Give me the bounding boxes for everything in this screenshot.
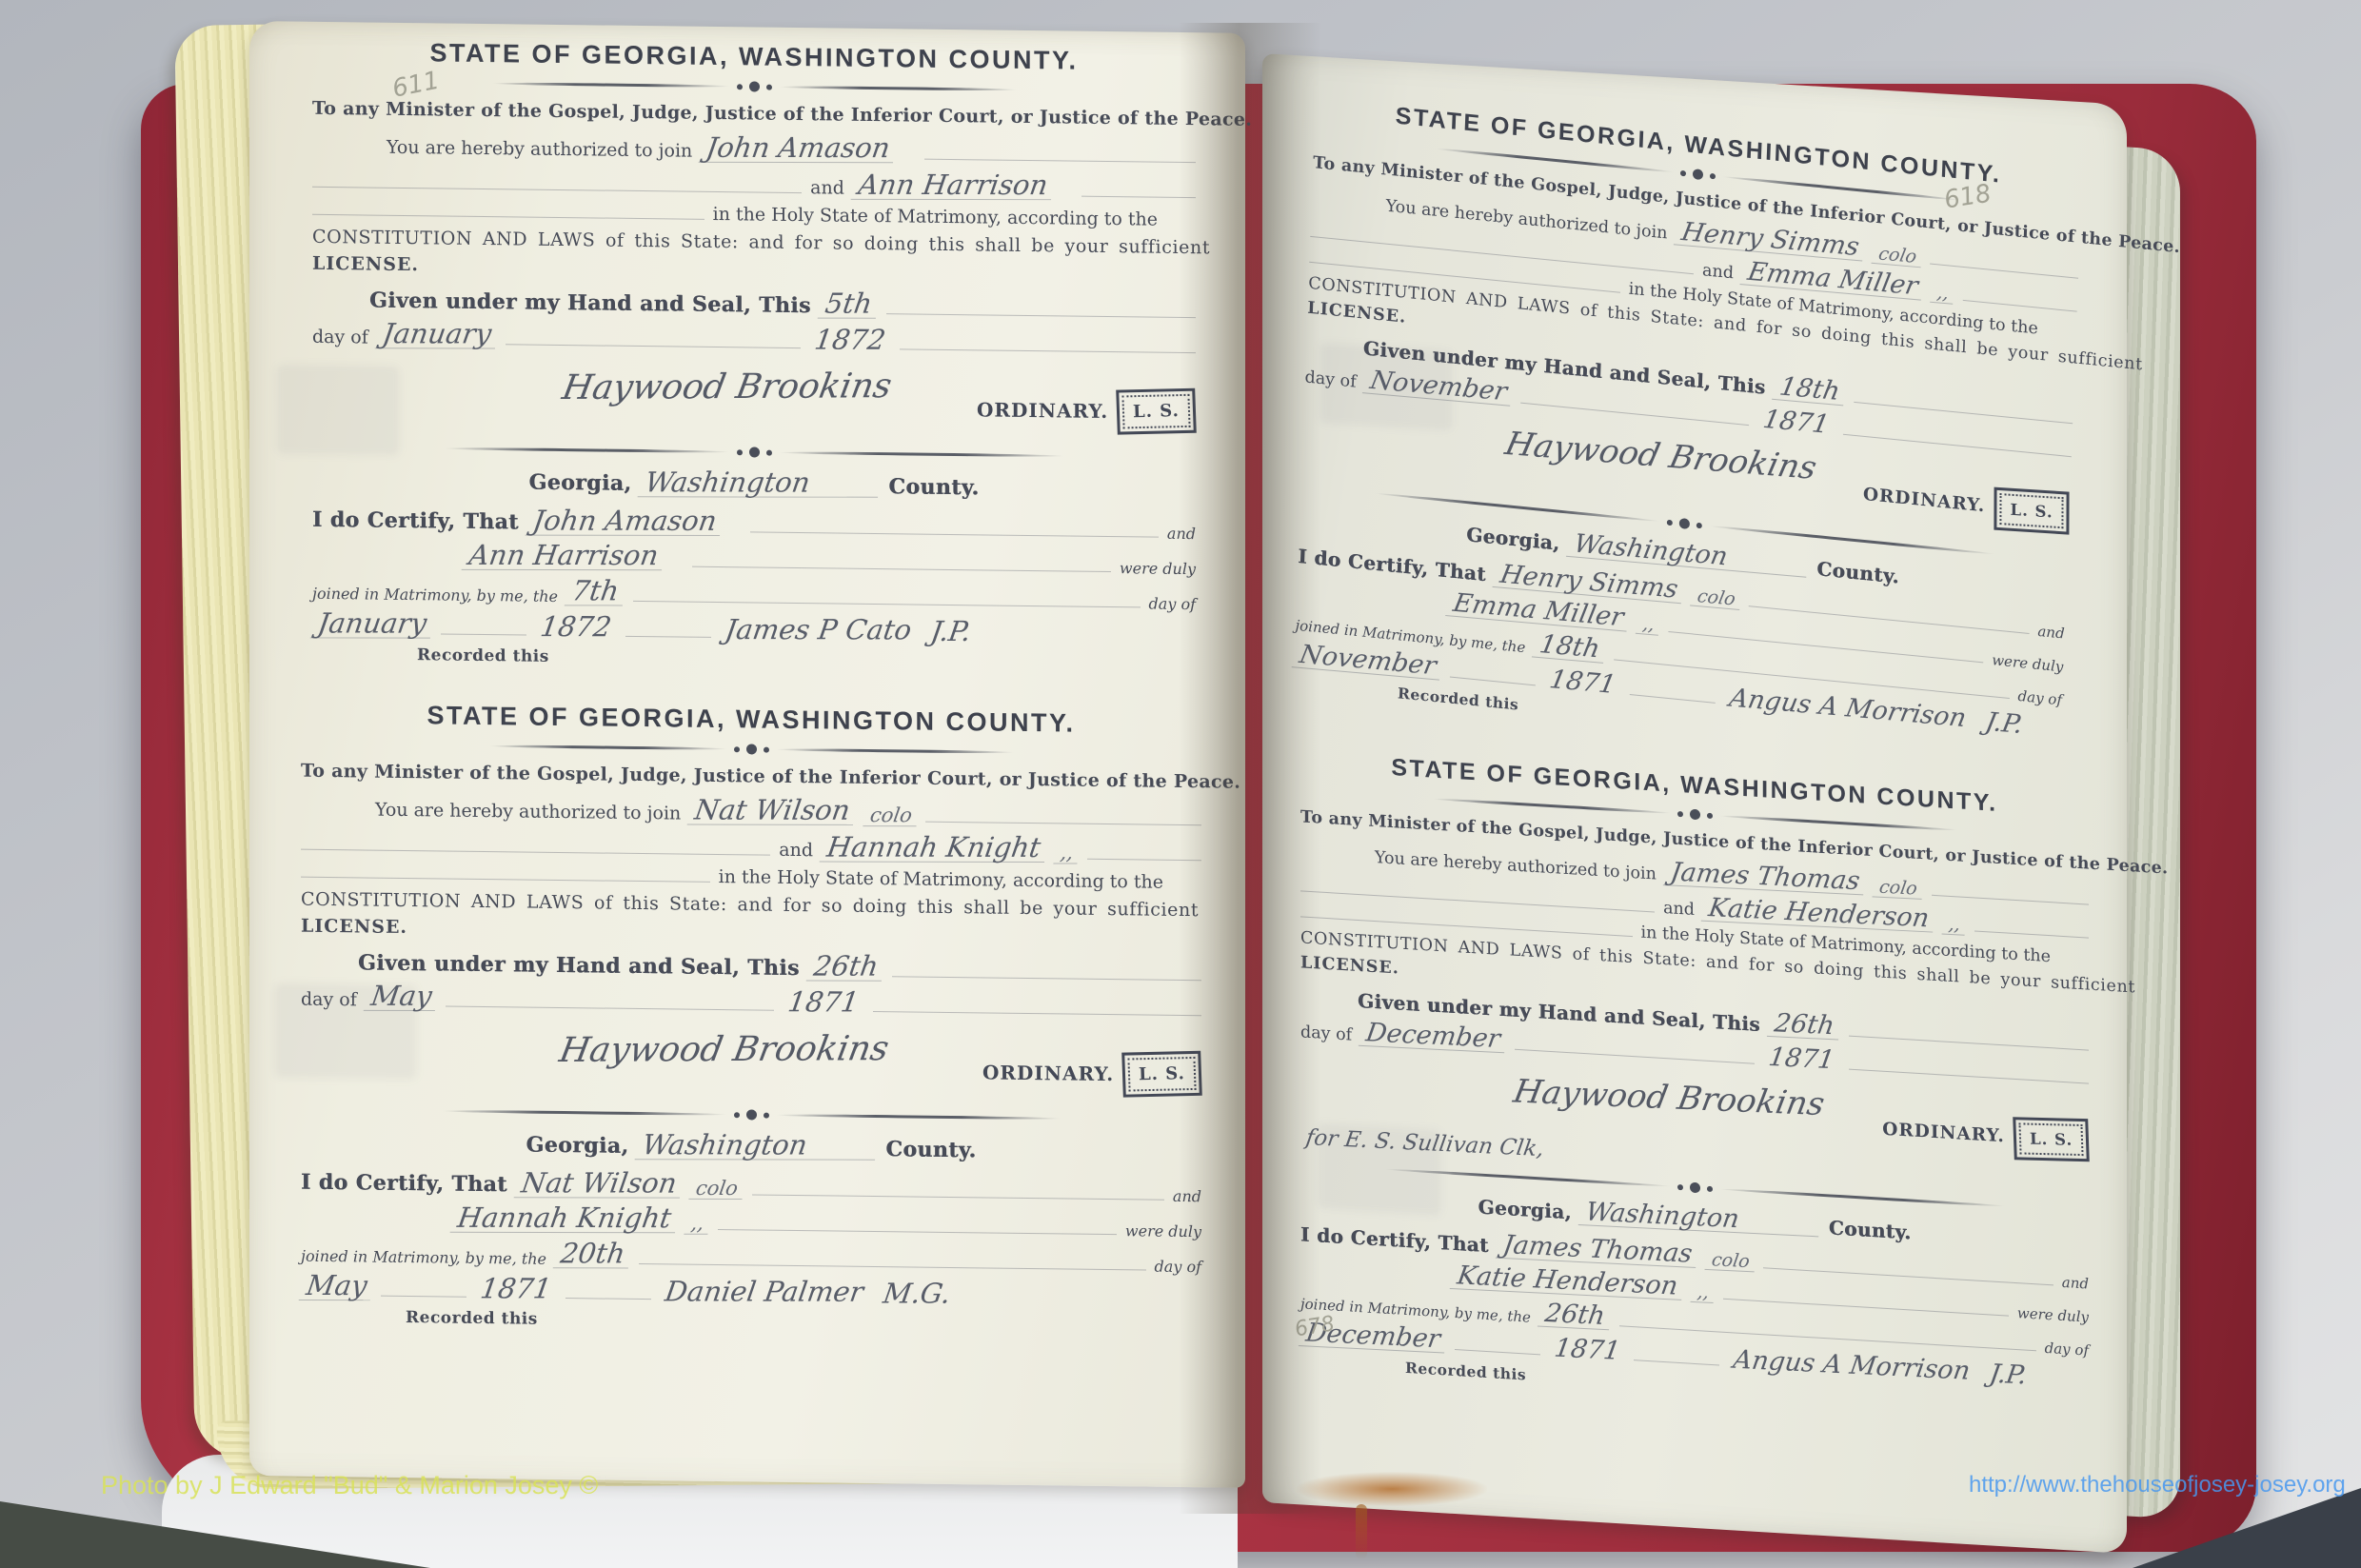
cert-year-handwritten: 1872: [533, 613, 619, 641]
ornament-dot: [1666, 519, 1672, 526]
marriage-license-record: STATE OF GEORGIA, WASHINGTON COUNTY. To …: [301, 700, 1201, 1338]
ruled-line: [1849, 1069, 2089, 1084]
matrimony-row: in the Holy State of Matrimony, accordin…: [312, 199, 1196, 230]
georgia-label: Georgia,: [1478, 1195, 1571, 1223]
officiant-title-handwritten: M.G.: [875, 1280, 958, 1308]
ordinary-seal-group: ORDINARY. L. S.: [1862, 473, 2070, 536]
bride-row: and Hannah Knight ,,: [301, 826, 1201, 866]
county-label: County.: [1816, 557, 1900, 587]
seal-year-handwritten: 1872: [807, 327, 893, 354]
marriage-license-record: STATE OF GEORGIA, WASHINGTON COUNTY. To …: [1300, 748, 2089, 1417]
ruled-line: [565, 1298, 651, 1300]
indent-space: [312, 567, 455, 569]
and-label: and: [779, 840, 813, 861]
bride-race-note: ,,: [1053, 843, 1081, 863]
ls-seal-text: L. S.: [1999, 493, 2063, 528]
ruled-line: [301, 849, 770, 856]
ornament-line: [489, 744, 727, 751]
ornament-line: [1433, 797, 1671, 814]
given-under-seal-label: Given under my Hand and Seal, This: [369, 288, 811, 319]
ornament-dot: [737, 84, 743, 89]
seal-day-handwritten: 5th: [818, 290, 880, 319]
day-of-label: day of: [1300, 1022, 1352, 1044]
cert-bride-race-note: ,,: [1636, 615, 1662, 636]
officiant-signature-handwritten: James P Cato: [717, 616, 919, 644]
cert-groom-race-note: colo: [1690, 587, 1742, 610]
and-label: and: [1167, 525, 1196, 543]
ls-seal-stamp: L. S.: [1994, 487, 2069, 535]
officiant-title-handwritten: J.P.: [923, 618, 978, 645]
ordinary-seal-group: ORDINARY. L. S.: [1882, 1108, 2089, 1163]
bride-row: and Ann Harrison: [312, 164, 1196, 203]
ornament-divider: [301, 739, 1201, 761]
certify-label: I do Certify, That: [312, 507, 519, 535]
ornament-line: [779, 86, 1017, 92]
ruled-line: [1932, 895, 2089, 905]
constitution-line: CONSTITUTION AND LAWS of this State: and…: [312, 227, 1196, 258]
ls-seal-text: L. S.: [2018, 1122, 2083, 1156]
ordinary-signature-handwritten: Haywood Brookins: [1505, 1075, 1833, 1121]
ruled-line: [312, 214, 704, 220]
certify-bride-row: Hannah Knight ,, were duly: [301, 1201, 1201, 1241]
day-of-label: day of: [301, 989, 357, 1011]
seal-year-handwritten: 1871: [781, 988, 866, 1016]
ruled-line: [441, 633, 526, 635]
ordinary-seal-group: ORDINARY. L. S.: [977, 387, 1196, 434]
day-of-label: day of: [1149, 595, 1196, 614]
ruled-line: [900, 348, 1196, 353]
ornament-dot: [749, 447, 760, 457]
given-under-seal-label: Given under my Hand and Seal, This: [358, 950, 800, 981]
ornament-line: [1385, 1167, 1671, 1187]
ornament-dot: [764, 746, 769, 752]
joined-label: joined in Matrimony, by me, the: [301, 1247, 546, 1268]
marriage-license-record: STATE OF GEORGIA, WASHINGTON COUNTY. To …: [312, 37, 1196, 674]
ruled-line: [1515, 1049, 1755, 1064]
cert-year-handwritten: 1871: [1541, 666, 1623, 699]
ornament-dot: [1692, 169, 1702, 180]
cert-bride-name-handwritten: Ann Harrison: [462, 542, 666, 570]
authorize-label: You are hereby authorized to join: [375, 800, 681, 824]
ornament-line: [1719, 1187, 2005, 1207]
ornament-dot: [1696, 522, 1701, 528]
seal-day-handwritten: 18th: [1772, 373, 1848, 406]
cert-groom-name-handwritten: John Amason: [525, 507, 724, 536]
seal-day-handwritten: 26th: [1767, 1010, 1842, 1040]
georgia-label: Georgia,: [529, 470, 632, 496]
ornament-dot: [766, 449, 772, 455]
certify-label: I do Certify, That: [1300, 1222, 1489, 1257]
ordinary-signature-row: Haywood Brookins ORDINARY. L. S.: [312, 354, 1196, 445]
officiant-title-handwritten: J.P.: [1977, 708, 2031, 738]
right-page: 618 678 STATE OF GEORGIA, WASHINGTON COU…: [1262, 53, 2127, 1554]
were-duly-label: were duly: [1125, 1221, 1201, 1241]
day-of-label: day of: [2017, 687, 2062, 708]
county-name-handwritten: Washington: [638, 468, 883, 497]
ruled-line: [752, 1194, 1164, 1200]
certify-groom-row: I do Certify, That John Amason and: [312, 504, 1196, 543]
cert-date-officiant-row: May 1871 Daniel Palmer M.G.: [301, 1272, 1201, 1312]
ruled-line: [886, 313, 1196, 318]
ordinary-signature-row: Haywood Brookins ORDINARY. L. S.: [301, 1017, 1201, 1108]
county-name-handwritten: Washington: [635, 1131, 880, 1160]
ordinary-label: ORDINARY.: [982, 1061, 1114, 1085]
cert-month-handwritten: November: [1292, 642, 1444, 681]
seal-month-handwritten: May: [363, 982, 439, 1011]
ornament-line: [442, 1109, 727, 1116]
seal-date-row: Given under my Hand and Seal, This 26th: [358, 946, 1201, 985]
ls-seal-text: L. S.: [1128, 1057, 1197, 1092]
constitution-line: CONSTITUTION AND LAWS of this State: and…: [301, 889, 1201, 922]
ornament-line: [776, 748, 1014, 755]
joined-matrimony-row: joined in Matrimony, by me, the 20th day…: [301, 1237, 1201, 1277]
ornament-dot: [749, 81, 760, 91]
ornament-line: [445, 447, 730, 453]
matrimony-row: in the Holy State of Matrimony, accordin…: [301, 862, 1201, 894]
ordinary-seal-group: ORDINARY. L. S.: [982, 1049, 1201, 1097]
cert-bride-name-handwritten: Hannah Knight: [450, 1204, 679, 1233]
certify-groom-row: I do Certify, That Nat Wilson colo and: [301, 1166, 1201, 1206]
ruled-line: [924, 159, 1196, 163]
ruled-line: [873, 1011, 1201, 1016]
ls-seal-stamp: L. S.: [1116, 388, 1196, 435]
ruled-line: [1629, 694, 1715, 704]
left-page: 611 STATE OF GEORGIA, WASHINGTON COUNTY.…: [249, 21, 1245, 1488]
ruled-line: [1081, 196, 1196, 198]
county-row: Georgia, Washington County.: [312, 464, 1196, 503]
joined-label: joined in Matrimony, by me, the: [312, 585, 558, 605]
ruled-line: [1931, 264, 2079, 279]
cert-day-handwritten: 18th: [1532, 631, 1608, 664]
were-duly-label: were duly: [1992, 651, 2064, 675]
ruled-line: [625, 636, 711, 638]
georgia-label: Georgia,: [1466, 523, 1560, 555]
license-word: LICENSE.: [312, 253, 1196, 285]
seal-month-handwritten: December: [1359, 1020, 1508, 1053]
cert-bride-race-note: ,,: [1690, 1283, 1716, 1303]
cert-year-handwritten: 1871: [473, 1275, 559, 1302]
ls-seal-stamp: L. S.: [2013, 1117, 2090, 1161]
matrimony-label: in the Holy State of Matrimony, accordin…: [719, 866, 1163, 893]
ordinary-signature-handwritten: Haywood Brookins: [551, 1032, 897, 1068]
ruled-line: [633, 601, 1141, 608]
authorization-row: You are hereby authorized to join Nat Wi…: [375, 792, 1201, 831]
ornament-line: [1719, 814, 1957, 831]
cert-day-handwritten: 26th: [1538, 1300, 1613, 1330]
day-of-row: day of May 1871: [301, 982, 1201, 1022]
ruled-line: [750, 531, 1159, 537]
ornament-dot: [746, 744, 757, 754]
certify-bride-row: Ann Harrison were duly: [312, 539, 1196, 578]
ornament-dot: [1678, 518, 1689, 529]
ornament-line: [492, 82, 730, 89]
seal-month-handwritten: January: [374, 320, 498, 348]
ruled-line: [301, 877, 710, 883]
joined-matrimony-row: joined in Matrimony, by me, the 7th day …: [312, 574, 1196, 613]
cert-month-handwritten: May: [299, 1272, 375, 1300]
ruled-line: [1455, 1349, 1540, 1355]
ls-seal-stamp: L. S.: [1121, 1051, 1201, 1098]
bride-name-handwritten: Hannah Knight: [820, 834, 1048, 863]
ruled-line: [639, 1263, 1145, 1271]
county-name-handwritten: Washington: [1578, 1199, 1823, 1237]
ornament-dot: [1709, 172, 1715, 179]
ornament-dot: [746, 1109, 757, 1120]
cert-groom-name-handwritten: Nat Wilson: [513, 1169, 684, 1198]
ornament-dot: [734, 1112, 740, 1118]
ornament-dot: [1679, 169, 1685, 176]
ruled-line: [1450, 677, 1536, 686]
and-label: and: [1702, 261, 1735, 283]
county-row: Georgia, Washington County.: [301, 1126, 1201, 1166]
county-label: County.: [888, 474, 979, 500]
ruled-line: [1634, 1360, 1719, 1365]
ornament-line: [779, 451, 1064, 458]
ordinary-label: ORDINARY.: [1882, 1120, 2005, 1147]
authorization-row: You are hereby authorized to join John A…: [387, 129, 1196, 168]
ornament-dot: [1707, 1185, 1713, 1191]
ruled-line: [925, 822, 1201, 826]
county-label: County.: [885, 1137, 976, 1162]
license-header: STATE OF GEORGIA, WASHINGTON COUNTY.: [301, 700, 1201, 741]
officiant-title-handwritten: J.P.: [1982, 1360, 2034, 1388]
day-of-label: day of: [312, 327, 368, 348]
ornament-dot: [1677, 810, 1683, 816]
ruled-line: [1849, 1036, 2090, 1051]
day-of-label: day of: [1304, 367, 1357, 391]
and-label: and: [2062, 1274, 2089, 1293]
day-of-row: day of January 1872: [312, 319, 1196, 358]
ruled-line: [892, 976, 1201, 981]
ruled-line: [312, 187, 802, 193]
ornament-dot: [734, 746, 740, 752]
groom-name-handwritten: John Amason: [699, 134, 898, 163]
bride-name-handwritten: Katie Henderson: [1701, 895, 1936, 933]
ornament-divider: [312, 442, 1196, 463]
ornament-dot: [737, 449, 743, 455]
day-of-label: day of: [2045, 1340, 2089, 1360]
cert-day-handwritten: 7th: [565, 577, 626, 605]
seal-year-handwritten: 1871: [1761, 1044, 1842, 1074]
cert-groom-race-note: colo: [1704, 1251, 1756, 1272]
ordinary-label: ORDINARY.: [1863, 485, 1986, 517]
and-label: and: [1663, 899, 1695, 920]
bride-name-handwritten: Ann Harrison: [850, 171, 1055, 200]
authorize-label: You are hereby authorized to join: [387, 137, 692, 162]
license-word: LICENSE.: [301, 916, 1201, 948]
ornament-dot: [764, 1112, 769, 1118]
georgia-label: Georgia,: [526, 1133, 629, 1159]
ordinary-label: ORDINARY.: [977, 398, 1108, 423]
groom-race-note: colo: [1873, 879, 1925, 900]
ordinary-signature-handwritten: Haywood Brookins: [1497, 427, 1825, 485]
cert-groom-name-handwritten: James Thomas: [1495, 1232, 1699, 1268]
and-label: and: [2037, 623, 2065, 643]
ornament-line: [776, 1114, 1061, 1121]
and-label: and: [810, 177, 844, 198]
were-duly-label: were duly: [1120, 559, 1196, 578]
ruled-line: [1963, 300, 2077, 312]
groom-race-note: colo: [863, 805, 919, 826]
ornament-dot: [1690, 809, 1700, 821]
ruled-line: [1974, 930, 2089, 938]
cert-bride-name-handwritten: Katie Henderson: [1450, 1262, 1685, 1300]
cert-date-officiant-row: January 1872 James P Cato J.P.: [312, 609, 1196, 648]
groom-name-handwritten: James Thomas: [1663, 859, 1868, 895]
address-line: To any Minister of the Gospel, Judge, Ju…: [301, 761, 1201, 793]
day-of-label: day of: [1155, 1258, 1201, 1277]
groom-name-handwritten: Nat Wilson: [687, 797, 858, 825]
cert-bride-race-note: ,,: [684, 1214, 711, 1235]
ruled-line: [381, 1296, 466, 1298]
bride-race-note: ,,: [1930, 284, 1956, 305]
were-duly-label: were duly: [2017, 1304, 2089, 1325]
officiant-signature-handwritten: Daniel Palmer: [658, 1278, 871, 1305]
groom-race-note: colo: [1871, 245, 1923, 268]
address-line: To any Minister of the Gospel, Judge, Ju…: [312, 98, 1196, 129]
ornament-dot: [1677, 1183, 1683, 1189]
cert-groom-race-note: colo: [688, 1179, 744, 1200]
ls-seal-text: L. S.: [1122, 394, 1191, 429]
ornament-dot: [1690, 1182, 1700, 1194]
recorded-this-label: Recorded this: [417, 645, 1196, 674]
indent-space: [301, 1230, 444, 1232]
ruled-line: [692, 566, 1111, 572]
seal-year-handwritten: 1871: [1756, 407, 1837, 439]
recorded-this-label: Recorded this: [406, 1308, 1201, 1337]
seal-month-handwritten: November: [1362, 367, 1515, 407]
ornament-dot: [766, 84, 772, 89]
and-label: and: [1173, 1187, 1201, 1205]
cert-day-handwritten: 20th: [553, 1240, 633, 1268]
ruled-line: [446, 1006, 774, 1011]
seal-day-handwritten: 26th: [806, 953, 886, 982]
officiant-signature-handwritten: Angus A Morrison: [1726, 1347, 1977, 1385]
website-watermark: http://www.thehouseofjosey-josey.org: [1969, 1472, 2346, 1499]
county-label: County.: [1829, 1216, 1912, 1243]
bride-race-note: ,,: [1941, 916, 1967, 936]
ruled-line: [506, 344, 802, 348]
cert-month-handwritten: January: [310, 609, 434, 638]
cert-year-handwritten: 1871: [1546, 1335, 1627, 1364]
certify-label: I do Certify, That: [301, 1170, 507, 1198]
ruled-line: [1087, 859, 1201, 861]
ornament-dot: [1707, 812, 1713, 818]
photo-of-marriage-record-book: { "labels": { "header": "STATE OF GEORGI…: [0, 0, 2361, 1568]
license-header: STATE OF GEORGIA, WASHINGTON COUNTY.: [312, 37, 1196, 77]
ruled-line: [718, 1229, 1117, 1235]
matrimony-label: in the Holy State of Matrimony, accordin…: [713, 204, 1158, 230]
photographer-watermark: Photo by J Edward "Bud" & Marion Josey ©: [101, 1471, 598, 1500]
ornament-divider: [301, 1104, 1201, 1126]
ornament-divider: [312, 76, 1196, 97]
ordinary-signature-handwritten: Haywood Brookins: [554, 369, 900, 406]
